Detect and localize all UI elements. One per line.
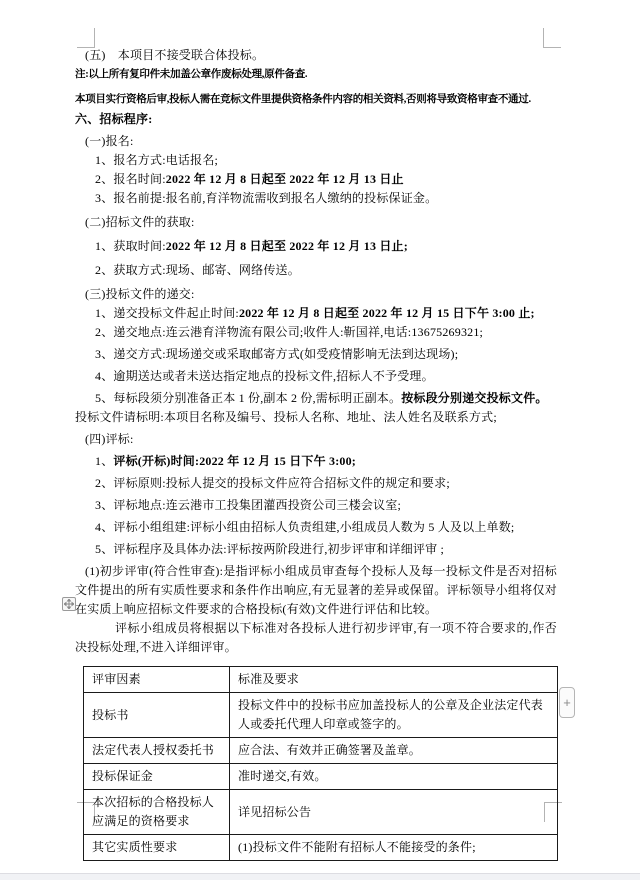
move-arrows-icon (64, 599, 74, 609)
text-run: 2、获取方式:现场、邮寄、网络传送。 (95, 263, 300, 277)
review-criteria-table: 评审因素 标准及要求 投标书 投标文件中的投标书应加盖投标人的公章及企业法定代表… (83, 666, 558, 861)
item-evaluation-procedure[interactable]: 5、评标程序及具体办法:评标按两阶段进行,初步评审和详细评审 ; (75, 540, 557, 559)
text-run: 评标小组成员将根据以下标准对各投标人进行初步评审,有一项不符合要求的,作否决投标… (75, 621, 557, 654)
item-evaluation-team[interactable]: 4、评标小组组建:评标小组由招标人负责组建,小组成员人数为 5 人及以上单数; (75, 518, 557, 537)
cell-factor[interactable]: 投标书 (84, 693, 230, 738)
table-row: 其它实质性要求 (1)投标文件不能附有招标人不能接受的条件; (84, 835, 558, 861)
paragraph-copy-note[interactable]: 注:以上所有复印件未加盖公章作废标处理,原件备查. (75, 65, 557, 85)
table-row: 法定代表人授权委托书 应合法、有效并正确签署及盖章。 (84, 738, 558, 764)
heading-tender-procedure[interactable]: 六、招标程序: (75, 110, 557, 129)
text-run: 5、评标程序及具体办法:评标按两阶段进行,初步评审和详细评审 ; (95, 542, 444, 556)
table-header-row: 评审因素 标准及要求 (84, 667, 558, 693)
table-insert-plus-button[interactable]: + (559, 687, 575, 718)
text-run: 1、报名方式:电话报名; (95, 153, 218, 167)
heading-document-obtain[interactable]: (二)招标文件的获取: (75, 213, 557, 232)
table-row: 投标保证金 准时递交,有效。 (84, 764, 558, 790)
text-run: 1、 (95, 454, 113, 468)
table-row: 本次招标的合格投标人应满足的资格要求 详见招标公告 (84, 790, 558, 835)
cell-standard[interactable]: 详见招标公告 (230, 790, 558, 835)
text-run: 注:以上所有复印件未加盖公章作废标处理,原件备查. (75, 69, 307, 80)
paragraph-no-joint-bid[interactable]: (五) 本项目不接受联合体投标。 (75, 46, 557, 65)
heading-bid-evaluation[interactable]: (四)评标: (75, 430, 557, 449)
item-submission-method[interactable]: 3、递交方式:现场递交或采取邮寄方式(如受疫情影响无法到达现场); (75, 345, 557, 364)
text-run: (1)初步评审(符合性审查):是指评标小组成员审查每个投标人及每一投标文件是否对… (75, 564, 557, 616)
paragraph-review-criteria[interactable]: 评标小组成员将根据以下标准对各投标人进行初步评审,有一项不符合要求的,作否决投标… (75, 619, 557, 657)
header-cell-standard[interactable]: 标准及要求 (230, 667, 558, 693)
item-submission-place[interactable]: 2、递交地点:连云港育洋物流有限公司;收件人:靳国祥,电话:1367526932… (75, 323, 557, 342)
item-evaluation-place[interactable]: 3、评标地点:连云港市工投集团灌西投资公司三楼会议室; (75, 496, 557, 515)
text-run-bold-date: 评标(开标)时间:2022 年 12 月 15 日下午 3:00; (113, 454, 356, 468)
text-run: 3、递交方式:现场递交或采取邮寄方式(如受疫情影响无法到达现场); (95, 347, 458, 361)
text-run-bold: 按标段分别递交投标文件。 (401, 391, 547, 405)
heading-registration[interactable]: (一)报名: (75, 132, 557, 151)
paragraph-qualification-note[interactable]: 本项目实行资格后审,投标人需在竞标文件里提供资格条件内容的相关资料,否则将导致资… (75, 90, 557, 110)
text-run: 2、评标原则:投标人提交的投标文件应符合招标文件的规定和要求; (95, 476, 450, 490)
item-evaluation-time[interactable]: 1、评标(开标)时间:2022 年 12 月 15 日下午 3:00; (75, 452, 557, 471)
header-cell-factor[interactable]: 评审因素 (84, 667, 230, 693)
text-run: (二)招标文件的获取: (85, 215, 195, 229)
margin-crop-mark-top-right (543, 28, 561, 48)
document-text-area[interactable]: (五) 本项目不接受联合体投标。 注:以上所有复印件未加盖公章作废标处理,原件备… (75, 46, 557, 861)
text-run: 1、递交投标文件起止时间: (95, 306, 239, 320)
text-run: 1、获取时间: (95, 239, 166, 253)
text-run-bold-date: 2022 年 12 月 8 日起至 2022 年 12 月 13 日止 (166, 172, 404, 186)
text-run: 5、每标段须分别准备正本 1 份,副本 2 份,需标明正副本。 (95, 391, 401, 405)
text-run: (一)报名: (85, 134, 134, 148)
item-late-delivery[interactable]: 4、逾期送达或者未送达指定地点的投标文件,招标人不予受理。 (75, 367, 557, 386)
text-run: 本项目实行资格后审,投标人需在竞标文件里提供资格条件内容的相关资料,否则将导致资… (75, 94, 531, 105)
text-run: 2、报名时间: (95, 172, 166, 186)
item-copies-required[interactable]: 5、每标段须分别准备正本 1 份,副本 2 份,需标明正副本。按标段分别递交投标… (75, 389, 557, 408)
cell-factor[interactable]: 其它实质性要求 (84, 835, 230, 861)
item-evaluation-principle[interactable]: 2、评标原则:投标人提交的投标文件应符合招标文件的规定和要求; (75, 474, 557, 493)
item-registration-precondition[interactable]: 3、报名前提:报名前,育洋物流需收到报名人缴纳的投标保证金。 (75, 189, 557, 208)
taskbar-strip (0, 873, 640, 880)
text-run-bold-date: 2022 年 12 月 8 日起至 2022 年 12 月 15 日下午 3:0… (239, 306, 535, 320)
cell-factor[interactable]: 本次招标的合格投标人应满足的资格要求 (84, 790, 230, 835)
text-run: 2、递交地点:连云港育洋物流有限公司;收件人:靳国祥,电话:1367526932… (95, 325, 483, 339)
item-obtain-method[interactable]: 2、获取方式:现场、邮寄、网络传送。 (75, 261, 557, 280)
cell-standard[interactable]: 投标文件中的投标书应加盖投标人的公章及企业法定代表人或委托代理人印章或签字的。 (230, 693, 558, 738)
text-run: (三)投标文件的递交: (85, 287, 195, 301)
margin-crop-mark-top-left (77, 28, 95, 48)
text-run: 投标文件请标明:本项目名称及编号、投标人名称、地址、法人姓名及联系方式; (75, 410, 497, 424)
item-registration-method[interactable]: 1、报名方式:电话报名; (75, 151, 557, 170)
text-run: 4、逾期送达或者未送达指定地点的投标文件,招标人不予受理。 (95, 369, 434, 383)
paragraph-bid-file-labeling[interactable]: 投标文件请标明:本项目名称及编号、投标人名称、地址、法人姓名及联系方式; (75, 408, 557, 427)
cell-factor[interactable]: 投标保证金 (84, 764, 230, 790)
item-registration-time[interactable]: 2、报名时间:2022 年 12 月 8 日起至 2022 年 12 月 13 … (75, 170, 557, 189)
heading-bid-submission[interactable]: (三)投标文件的递交: (75, 285, 557, 304)
cell-standard[interactable]: 准时递交,有效。 (230, 764, 558, 790)
paragraph-preliminary-review[interactable]: (1)初步评审(符合性审查):是指评标小组成员审查每个投标人及每一投标文件是否对… (75, 562, 557, 619)
text-run: (五) 本项目不接受联合体投标。 (85, 48, 264, 62)
text-run-bold-date: 2022 年 12 月 8 日起至 2022 年 12 月 13 日止; (166, 239, 408, 253)
table-row: 投标书 投标文件中的投标书应加盖投标人的公章及企业法定代表人或委托代理人印章或签… (84, 693, 558, 738)
text-run: 3、评标地点:连云港市工投集团灌西投资公司三楼会议室; (95, 498, 401, 512)
cell-factor[interactable]: 法定代表人授权委托书 (84, 738, 230, 764)
text-run: 六、招标程序: (75, 112, 152, 126)
item-submission-time[interactable]: 1、递交投标文件起止时间:2022 年 12 月 8 日起至 2022 年 12… (75, 304, 557, 323)
text-run: 3、报名前提:报名前,育洋物流需收到报名人缴纳的投标保证金。 (95, 191, 437, 205)
text-run: (四)评标: (85, 432, 134, 446)
cell-standard[interactable]: (1)投标文件不能附有招标人不能接受的条件; (230, 835, 558, 861)
word-document-page: (五) 本项目不接受联合体投标。 注:以上所有复印件未加盖公章作废标处理,原件备… (0, 0, 640, 880)
text-run: 4、评标小组组建:评标小组由招标人负责组建,小组成员人数为 5 人及以上单数; (95, 520, 514, 534)
table-move-handle[interactable] (62, 597, 76, 611)
item-obtain-time[interactable]: 1、获取时间:2022 年 12 月 8 日起至 2022 年 12 月 13 … (75, 237, 557, 256)
cell-standard[interactable]: 应合法、有效并正确签署及盖章。 (230, 738, 558, 764)
